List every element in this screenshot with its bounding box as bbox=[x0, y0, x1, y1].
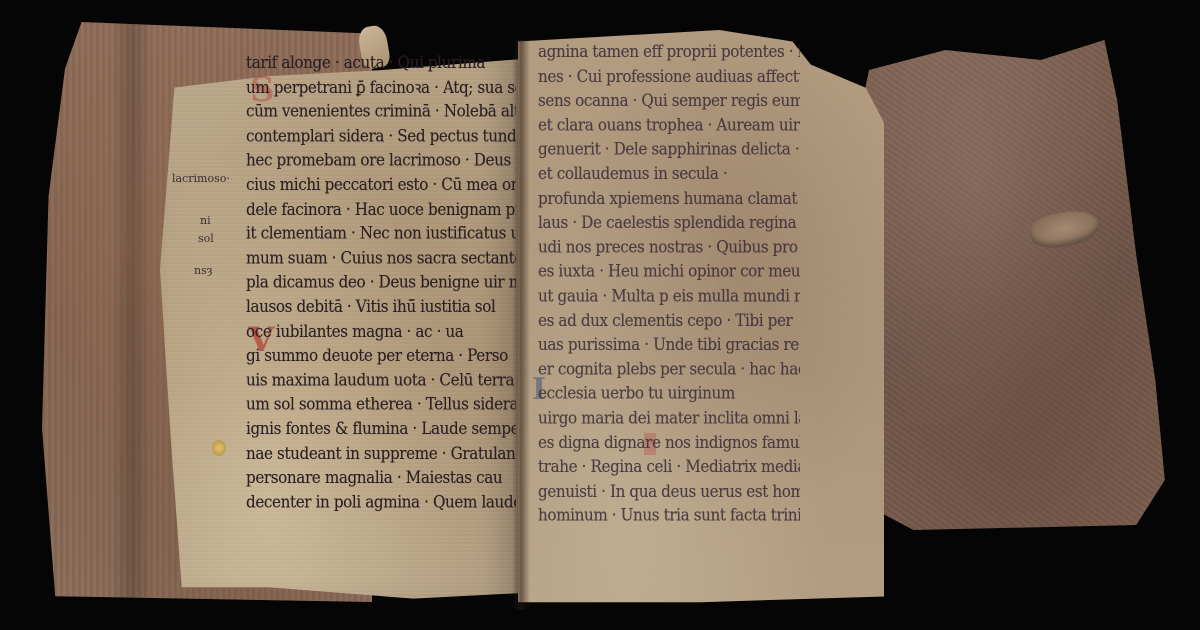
text-line: nes · Cui professione audiuas affectus a… bbox=[538, 64, 800, 88]
marginal-note: ni bbox=[200, 214, 230, 228]
text-line: nae studeant in suppreme · Gratulando p bbox=[246, 441, 516, 465]
text-line: it clementiam · Nec non iustificatus uen… bbox=[246, 222, 516, 246]
text-line: pla dicamus deo · Deus benigne uir miser… bbox=[246, 270, 516, 294]
text-line: ignis fontes & flumina · Laude semper fa… bbox=[246, 417, 516, 441]
text-line: sens ocanna · Qui semper regis eum ha bbox=[538, 89, 800, 113]
text-line: uis maxima laudum uota · Celū terra bbox=[246, 368, 516, 392]
text-line: er cognita plebs per secula · hac hac bbox=[538, 357, 800, 381]
text-line: es ad dux clementis cepo · Tibi per bbox=[538, 308, 800, 332]
right-page-text: agnina tamen eff proprii potentes · in m… bbox=[538, 40, 800, 528]
text-line: udi nos preces nostras · Quibus pro me e… bbox=[538, 235, 800, 259]
right-leather-cover bbox=[850, 30, 1168, 530]
marginal-note: nsȝ bbox=[194, 264, 230, 278]
marginal-note: sol bbox=[198, 232, 230, 246]
text-line: oce iubilantes magna · ac · ua bbox=[246, 319, 516, 343]
text-line: lausos debitā · Vitis ihū̄ iustitia sol bbox=[246, 295, 516, 319]
text-line: es digna dignare nos indignos famulos tu… bbox=[538, 430, 800, 454]
marginal-notes: lacrimoso· ni sol nsȝ bbox=[172, 172, 230, 278]
text-line: genuisti · In qua deus uerus est homo · … bbox=[538, 479, 800, 503]
text-line: genuerit · Dele sapphirinas delicta · E bbox=[538, 138, 800, 162]
text-line: agnina tamen eff proprii potentes · in m… bbox=[538, 40, 800, 64]
text-line: decenter in poli agmina · Quem laude bbox=[246, 490, 516, 514]
text-line: personare magnalia · Maiestas cau bbox=[246, 466, 516, 490]
text-line: et collaudemus in secula · bbox=[538, 162, 800, 186]
text-line: uirgo maria dei mater inclita omni laude… bbox=[538, 406, 800, 430]
text-line: tarif alonge · acuta · Qui plurima bbox=[246, 51, 516, 75]
text-line: um perpetrani ꝑ̄ facinoꝛa · Atq; sua se bbox=[246, 75, 516, 99]
text-line: es iuxta · Heu michi opinor cor meum · e… bbox=[538, 260, 800, 284]
text-line: mum suam · Cuius nos sacra sectantes exe bbox=[246, 246, 516, 270]
text-line: ut gauia · Multa p eis mulla mundi rosa bbox=[538, 284, 800, 308]
text-line: cūm venenientes criminā · Nolebā alta ce… bbox=[246, 100, 516, 124]
text-line: hominum · Unus tria sunt facta trinitas bbox=[538, 504, 800, 528]
wax-stain bbox=[212, 440, 226, 456]
text-line: uas purissima · Unde tibi gracias re bbox=[538, 333, 800, 357]
text-line: gi summo deuote per eterna · Perso bbox=[246, 344, 516, 368]
text-line: profunda xpiemens humana clamat bbox=[538, 186, 800, 210]
manuscript-photo: lacrimoso· ni sol nsȝ S V I tarif alonge… bbox=[0, 0, 1200, 630]
text-line: contemplari sidera · Sed pectus tundent bbox=[246, 124, 516, 148]
text-line: hec promebam ore lacrimoso · Deus propi bbox=[246, 148, 516, 172]
cover-fold bbox=[112, 22, 152, 602]
marginal-note: lacrimoso· bbox=[172, 172, 230, 186]
text-line: trahe · Regina celi · Mediatrix mediator… bbox=[538, 455, 800, 479]
left-page-text: tarif alonge · acuta · Qui plurima um pe… bbox=[246, 51, 516, 515]
text-line: dele facinora · Hac uoce benignam promer… bbox=[246, 197, 516, 221]
text-line: cius michi peccatori esto · Cū mea omnia… bbox=[246, 173, 516, 197]
text-line: um sol somma etherea · Tellus sidera mar… bbox=[246, 392, 516, 416]
text-line: et clara ouans trophea · Auream uirginem… bbox=[538, 113, 800, 137]
text-line: laus · De caelestis splendida regina · E… bbox=[538, 211, 800, 235]
text-line: ecclesia uerbo tu uirginum bbox=[538, 382, 800, 406]
